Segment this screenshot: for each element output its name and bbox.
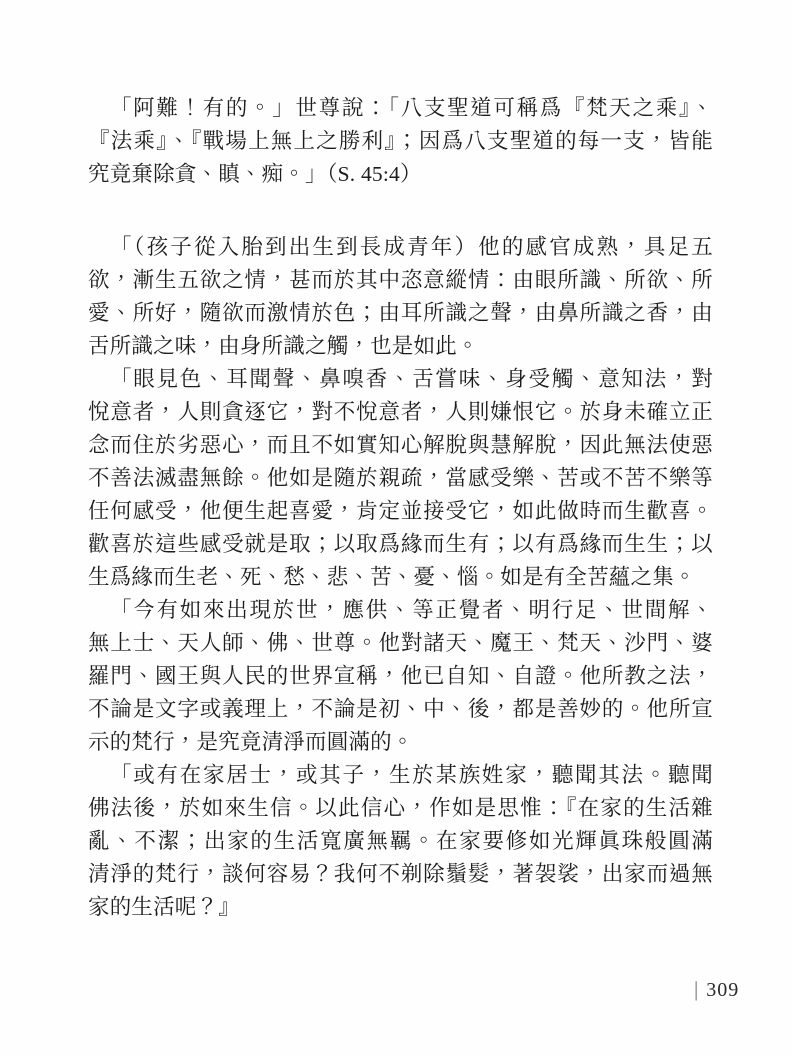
text-line: 任何感受，他便生起喜愛，肯定並接受它，如此做時而生歡喜。: [88, 495, 713, 528]
text-line: 「今有如來出現於世，應供、等正覺者、明行足、世間解、: [88, 594, 713, 627]
text-line: 舌所識之味，由身所識之觸，也是如此。: [88, 330, 713, 363]
text-line: 愛、所好，隨欲而激情於色；由耳所識之聲，由鼻所識之香，由: [88, 297, 713, 330]
paragraph-p3: 「眼見色、耳聞聲、鼻嗅香、舌嘗味、身受觸、意知法，對悅意者，人則貪逐它，對不悅意…: [88, 363, 713, 594]
text-line: 「眼見色、耳聞聲、鼻嗅香、舌嘗味、身受觸、意知法，對: [88, 363, 713, 396]
text-line: 歡喜於這些感受就是取；以取爲緣而生有；以有爲緣而生生；以: [88, 528, 713, 561]
text-line: 家的生活呢？』: [88, 891, 713, 924]
text-content: 「阿難！有的。」世尊說：「八支聖道可稱爲『梵天之乘』、『法乘』、『戰場上無上之勝…: [88, 92, 713, 924]
text-line: 無上士、天人師、佛、世尊。他對諸天、魔王、梵天、沙門、婆: [88, 627, 713, 660]
text-line: 究竟棄除貪、瞋、痴。」（S. 45:4）: [88, 158, 713, 191]
text-line: 佛法後，於如來生信。以此信心，作如是思惟：『在家的生活雜: [88, 792, 713, 825]
text-line: 『法乘』、『戰場上無上之勝利』；因爲八支聖道的每一支，皆能: [88, 125, 713, 158]
page-number: | 309: [694, 977, 739, 1002]
paragraph-p5: 「或有在家居士，或其子，生於某族姓家，聽聞其法。聽聞佛法後，於如來生信。以此信心…: [88, 759, 713, 924]
text-line: 不善法滅盡無餘。他如是隨於親疏，當感受樂、苦或不苦不樂等: [88, 462, 713, 495]
paragraph-p2: 「（孩子從入胎到出生到長成青年）他的感官成熟，具足五欲，漸生五欲之情，甚而於其中…: [88, 231, 713, 363]
text-line: 「（孩子從入胎到出生到長成青年）他的感官成熟，具足五: [88, 231, 713, 264]
paragraph-p1: 「阿難！有的。」世尊說：「八支聖道可稱爲『梵天之乘』、『法乘』、『戰場上無上之勝…: [88, 92, 713, 191]
text-line: 示的梵行，是究竟清淨而圓滿的。: [88, 726, 713, 759]
paragraph-p4: 「今有如來出現於世，應供、等正覺者、明行足、世間解、無上士、天人師、佛、世尊。他…: [88, 594, 713, 759]
page-number-separator: |: [695, 977, 698, 1002]
text-line: 悅意者，人則貪逐它，對不悅意者，人則嫌恨它。於身未確立正: [88, 396, 713, 429]
text-line: 「阿難！有的。」世尊說：「八支聖道可稱爲『梵天之乘』、: [88, 92, 713, 125]
page-number-value: 309: [706, 979, 739, 1002]
text-line: 念而住於劣惡心，而且不如實知心解脫與慧解脫，因此無法使惡: [88, 429, 713, 462]
text-line: 「或有在家居士，或其子，生於某族姓家，聽聞其法。聽聞: [88, 759, 713, 792]
text-line: 羅門、國王與人民的世界宣稱，他已自知、自證。他所教之法，: [88, 660, 713, 693]
text-line: 欲，漸生五欲之情，甚而於其中恣意縱情：由眼所識、所欲、所: [88, 264, 713, 297]
text-line: 亂、不潔；出家的生活寬廣無羈。在家要修如光輝眞珠般圓滿: [88, 825, 713, 858]
text-line: 不論是文字或義理上，不論是初、中、後，都是善妙的。他所宣: [88, 693, 713, 726]
book-page: 「阿難！有的。」世尊說：「八支聖道可稱爲『梵天之乘』、『法乘』、『戰場上無上之勝…: [0, 0, 792, 1056]
text-line: 生爲緣而生老、死、愁、悲、苦、憂、惱。如是有全苦蘊之集。: [88, 561, 713, 594]
text-line: 清淨的梵行，談何容易？我何不剃除鬚髮，著袈裟，出家而過無: [88, 858, 713, 891]
